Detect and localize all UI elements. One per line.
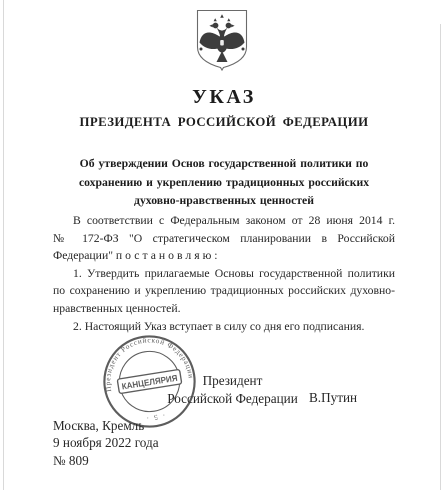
decree-footer: Москва, Кремль 9 ноября 2022 года № 809 <box>53 417 159 469</box>
body-line: В соответствии с Федеральным законом от … <box>53 212 395 230</box>
body-line: 2. Настоящий Указ вступает в силу со дня… <box>53 318 395 336</box>
body-line: по сохранению и укреплению традиционных … <box>53 282 395 300</box>
body-line-prefix: Федерации" <box>53 249 116 262</box>
body-line: № 172-ФЗ "О стратегическом планировании … <box>53 230 395 248</box>
decree-issuer: ПРЕЗИДЕНТА РОССИЙСКОЙ ФЕДЕРАЦИИ <box>53 115 395 130</box>
decree-subject: Об утверждении Основ государственной пол… <box>53 155 395 211</box>
eagle-breast-shield <box>220 40 224 46</box>
coat-of-arms-icon <box>193 8 251 72</box>
body-line: Федерации" постановляю: <box>53 247 395 265</box>
scan-left-edge-line <box>3 0 4 490</box>
footer-date: 9 ноября 2022 года <box>53 434 159 451</box>
scan-right-edge-line <box>440 24 441 490</box>
body-line: нравственных ценностей. <box>53 300 395 318</box>
footer-number: № 809 <box>53 452 159 469</box>
signature-name: В.Путин <box>309 390 357 406</box>
footer-place: Москва, Кремль <box>53 417 159 434</box>
decree-body: В соответствии с Федеральным законом от … <box>53 212 395 335</box>
subject-line: Об утверждении Основ государственной пол… <box>53 155 395 174</box>
decree-document-page: УКАЗ ПРЕЗИДЕНТА РОССИЙСКОЙ ФЕДЕРАЦИИ Об … <box>0 0 446 490</box>
body-line-spaced-word: постановляю: <box>116 249 221 262</box>
double-headed-eagle-icon <box>200 14 245 62</box>
subject-line: сохранению и укреплению традиционных рос… <box>53 174 395 193</box>
body-line: 1. Утвердить прилагаемые Основы государс… <box>53 265 395 283</box>
decree-title: УКАЗ <box>53 86 395 109</box>
subject-line: духовно-нравственных ценностей <box>53 192 395 211</box>
